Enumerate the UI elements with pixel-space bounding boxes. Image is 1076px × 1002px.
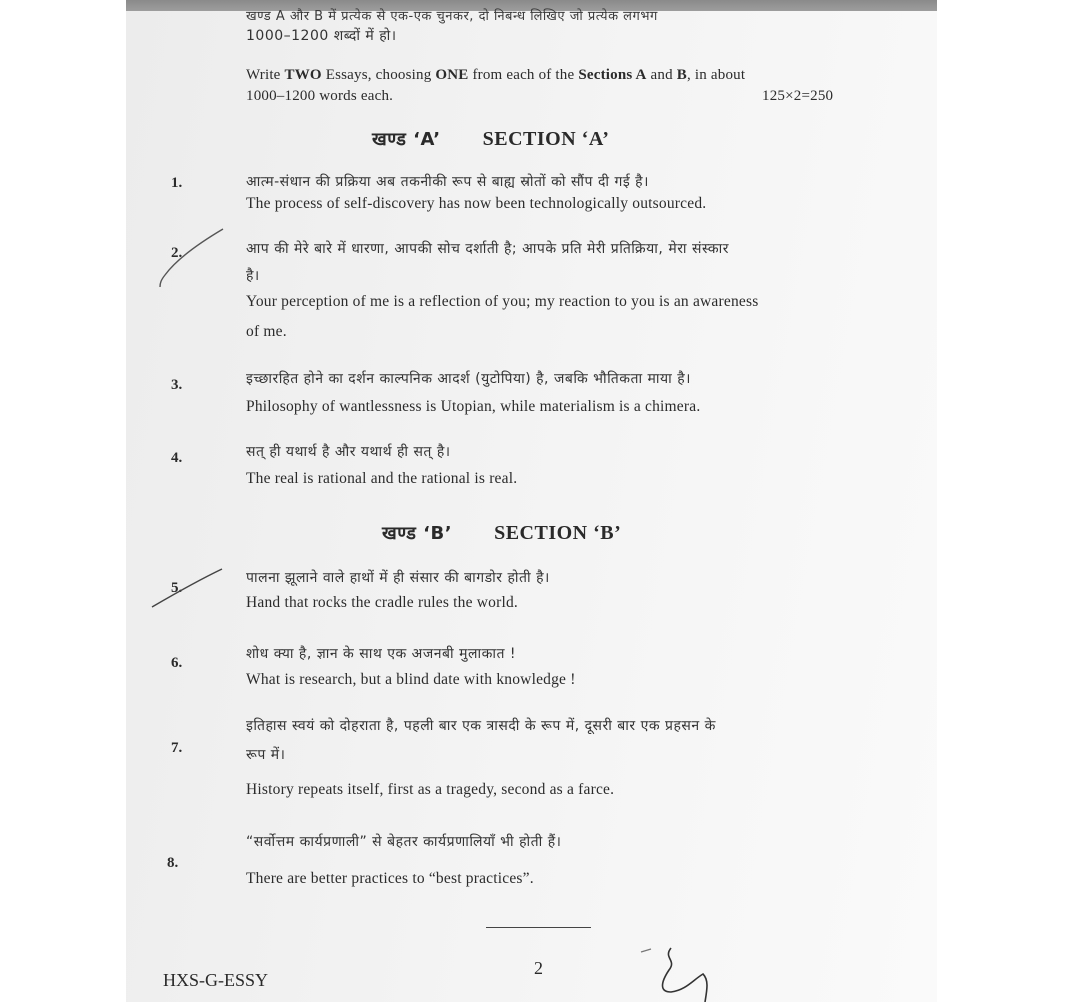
section-b-heading-english: SECTION ‘B’ <box>494 522 621 544</box>
question-6-number: 6. <box>171 655 182 672</box>
section-a-heading-hindi: खण्ड ‘A’ <box>372 129 441 150</box>
question-8-number: 8. <box>167 855 178 872</box>
question-6-hindi: शोध क्या है, ज्ञान के साथ एक अजनबी मुलाक… <box>246 644 516 663</box>
question-7-english: History repeats itself, first as a trage… <box>246 781 614 799</box>
end-rule <box>486 927 591 928</box>
question-2-number: 2. <box>171 245 182 262</box>
page-number: 2 <box>534 958 543 979</box>
question-1-english: The process of self-discovery has now be… <box>246 195 706 213</box>
instr-text: from each of the <box>469 67 579 83</box>
instructions-english-line1: Write TWO Essays, choosing ONE from each… <box>246 67 745 84</box>
question-4-hindi: सत् ही यथार्थ है और यथार्थ ही सत् है। <box>246 442 451 461</box>
question-3-number: 3. <box>171 377 182 394</box>
question-5-hindi: पालना झूलाने वाले हाथों में ही संसार की … <box>246 568 550 587</box>
question-7-hindi: इतिहास स्वयं को दोहराता है, पहली बार एक … <box>246 716 716 735</box>
instructions-hindi-line2: 1000–1200 शब्दों में हो। <box>246 26 397 45</box>
question-6-english: What is research, but a blind date with … <box>246 671 576 689</box>
instr-emph-two: TWO <box>285 67 322 83</box>
question-1-hindi: आत्म-संधान की प्रक्रिया अब तकनीकी रूप से… <box>246 172 649 191</box>
handwritten-scribble-icon <box>631 940 731 1002</box>
question-3-english: Philosophy of wantlessness is Utopian, w… <box>246 398 700 416</box>
question-2-hindi: आप की मेरे बारे में धारणा, आपकी सोच दर्श… <box>246 239 729 258</box>
question-7-number: 7. <box>171 740 182 757</box>
pen-tick-mark-icon <box>151 225 231 295</box>
section-b-heading-hindi: खण्ड ‘B’ <box>382 523 452 544</box>
question-2-hindi-cont: है। <box>246 266 260 285</box>
pen-tick-mark-icon <box>146 563 226 613</box>
question-8-hindi: “सर्वोत्तम कार्यप्रणाली” से बेहतर कार्यप… <box>246 832 561 851</box>
question-3-hindi: इच्छारहित होने का दर्शन काल्पनिक आदर्श (… <box>246 369 691 388</box>
section-a-heading: खण्ड ‘A’SECTION ‘A’ <box>372 127 609 151</box>
instr-emph-one: ONE <box>435 67 468 83</box>
question-8-english: There are better practices to “best prac… <box>246 870 534 888</box>
section-a-heading-english: SECTION ‘A’ <box>483 128 610 150</box>
question-4-number: 4. <box>171 450 182 467</box>
marks-allocation: 125×2=250 <box>762 88 833 105</box>
question-4-english: The real is rational and the rational is… <box>246 470 517 488</box>
instr-text: , in about <box>687 67 745 83</box>
instr-emph-sections: Sections A <box>578 67 646 83</box>
instructions-hindi-line1: खण्ड A और B में प्रत्येक से एक-एक चुनकर,… <box>246 6 658 24</box>
question-1-number: 1. <box>171 175 182 192</box>
instr-text: Essays, choosing <box>322 67 436 83</box>
question-7-hindi-cont: रूप में। <box>246 745 285 764</box>
question-5-number: 5. <box>171 580 182 597</box>
instructions-english-line2: 1000–1200 words each. <box>246 88 393 105</box>
question-2-english-cont: of me. <box>246 323 287 341</box>
instr-text: Write <box>246 67 285 83</box>
instr-emph-b: B <box>677 67 687 83</box>
paper-code: HXS-G-ESSY <box>163 970 268 991</box>
instr-text: and <box>647 67 677 83</box>
exam-page: खण्ड A और B में प्रत्येक से एक-एक चुनकर,… <box>126 0 937 1002</box>
question-5-english: Hand that rocks the cradle rules the wor… <box>246 594 518 612</box>
section-b-heading: खण्ड ‘B’SECTION ‘B’ <box>382 521 621 545</box>
question-2-english: Your perception of me is a reflection of… <box>246 293 758 311</box>
